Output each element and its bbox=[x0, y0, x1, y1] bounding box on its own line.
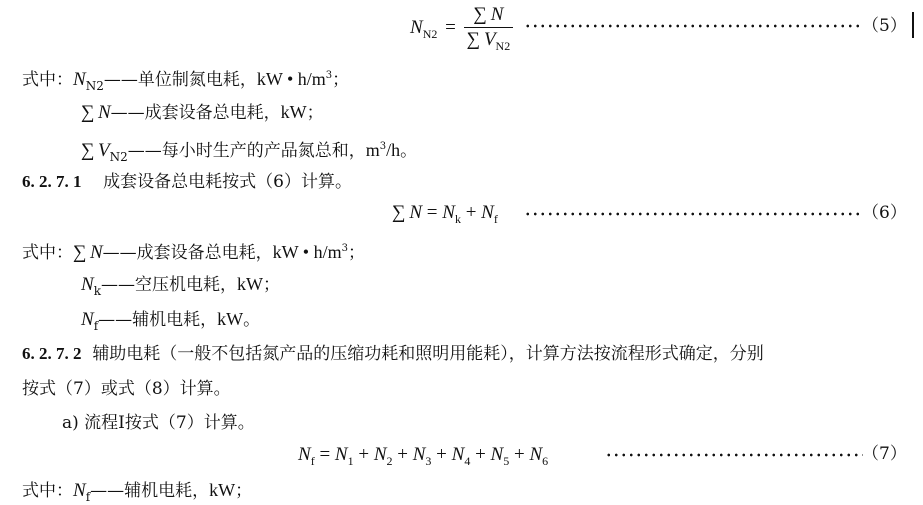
sigma-symbol: ∑ bbox=[73, 242, 87, 263]
plus-sign: + bbox=[358, 444, 369, 465]
plus-sign: + bbox=[475, 444, 486, 465]
where-desc: 单位制氮电耗， bbox=[138, 70, 257, 90]
where-desc: 成套设备总电耗， bbox=[137, 243, 273, 263]
eq7-leader-dots bbox=[605, 453, 863, 457]
eq7-equals: = bbox=[319, 444, 330, 465]
where-1-item-1: 式中：NN2——单位制氮电耗，kW • h/m3； bbox=[22, 65, 349, 97]
where-var: N bbox=[81, 309, 94, 330]
plus-sign: + bbox=[466, 202, 477, 223]
eq6-leader-dots bbox=[524, 212, 864, 216]
where-unit: kW bbox=[217, 309, 243, 329]
list-item-a: a) 流程Ⅰ按式（7）计算。 bbox=[62, 413, 255, 433]
plus-sign: + bbox=[397, 444, 408, 465]
where-2-item-1: 式中：∑ N——成套设备总电耗，kW • h/m3； bbox=[22, 238, 365, 264]
eq6-lhs: N bbox=[409, 202, 422, 223]
where-unit: kW bbox=[281, 102, 307, 122]
equation-5: NN2 = ∑ N ∑ VN2 bbox=[410, 4, 513, 54]
eq5-numerator: ∑ N bbox=[464, 4, 514, 28]
text-cursor bbox=[912, 12, 914, 38]
eq7-term: N bbox=[413, 444, 426, 465]
eq7-term-sub: 2 bbox=[387, 454, 393, 468]
eq6-term2: N bbox=[481, 202, 494, 223]
section-text: 成套设备总电耗按式（6）计算。 bbox=[103, 172, 352, 192]
eq5-lhs-sub: N2 bbox=[423, 27, 438, 41]
where-var: V bbox=[98, 140, 110, 161]
sigma-symbol: ∑ bbox=[81, 102, 95, 123]
where-desc: 每小时生产的产品氮总和， bbox=[162, 141, 366, 161]
where-var: N bbox=[90, 242, 103, 263]
eq7-lhs: N bbox=[298, 444, 311, 465]
em-dash: —— bbox=[104, 70, 138, 90]
eq6-term1: N bbox=[442, 202, 455, 223]
eq5-number: （5） bbox=[862, 15, 907, 37]
where-2-item-3: Nf——辅机电耗，kW。 bbox=[81, 308, 260, 337]
where-end-punct: 。 bbox=[400, 141, 417, 161]
em-dash: —— bbox=[103, 243, 137, 263]
eq7-term: N bbox=[529, 444, 542, 465]
where-unit: kW • h/m bbox=[273, 242, 342, 262]
eq6-number: （6） bbox=[862, 202, 907, 224]
equation-7: Nf = N1 + N2 + N3 + N4 + N5 + N6 bbox=[298, 444, 548, 472]
sigma-symbol: ∑ bbox=[81, 140, 95, 161]
eq5-den-var: V bbox=[484, 29, 496, 50]
where-1-item-3: ∑ VN2——每小时生产的产品氮总和，m3/h。 bbox=[81, 136, 417, 168]
where-var-sub: k bbox=[94, 284, 101, 298]
eq5-fraction: ∑ N ∑ VN2 bbox=[464, 4, 514, 57]
where-var: N bbox=[81, 274, 94, 295]
where-end-punct: ； bbox=[263, 275, 280, 295]
eq7-number: （7） bbox=[862, 443, 907, 465]
where-end-punct: ； bbox=[348, 243, 365, 263]
section-6272-item-a: a) 流程Ⅰ按式（7）计算。 bbox=[62, 412, 255, 434]
section-number: 6. 2. 7. 1 bbox=[22, 172, 82, 191]
where-end-punct: ； bbox=[235, 481, 252, 501]
sigma-symbol: ∑ bbox=[467, 29, 481, 50]
section-6271: 6. 2. 7. 1 成套设备总电耗按式（6）计算。 bbox=[22, 171, 352, 193]
eq5-lhs: N bbox=[410, 17, 423, 38]
sigma-symbol: ∑ bbox=[392, 202, 406, 223]
where-var-sub: N2 bbox=[110, 150, 128, 164]
eq5-leader-dots bbox=[524, 24, 864, 28]
plus-sign: + bbox=[514, 444, 525, 465]
eq7-term-sub: 1 bbox=[348, 454, 354, 468]
where-prefix: 式中： bbox=[22, 70, 73, 90]
eq7-term-sub: 3 bbox=[425, 454, 431, 468]
where-desc: 辅机电耗， bbox=[124, 481, 209, 501]
eq7-term-sub: 6 bbox=[542, 454, 548, 468]
section-text: 辅助电耗（一般不包括氮产品的压缩功耗和照明用能耗），计算方法按流程形式确定，分别 bbox=[92, 344, 764, 364]
em-dash: —— bbox=[111, 103, 145, 123]
where-end-punct: 。 bbox=[243, 310, 260, 330]
em-dash: —— bbox=[128, 141, 162, 161]
eq5-den-sub: N2 bbox=[496, 39, 511, 53]
where-unit: m bbox=[366, 140, 380, 160]
equation-6: ∑ N = Nk + Nf bbox=[392, 202, 498, 230]
where-end-punct: ； bbox=[332, 70, 349, 90]
eq7-term-sub: 5 bbox=[503, 454, 509, 468]
em-dash: —— bbox=[101, 275, 135, 295]
where-unit-tail: /h bbox=[386, 140, 400, 160]
section-6272-line1: 6. 2. 7. 2 辅助电耗（一般不包括氮产品的压缩功耗和照明用能耗），计算方… bbox=[22, 343, 764, 365]
where-1-item-2: ∑ N——成套设备总电耗，kW； bbox=[81, 101, 324, 124]
em-dash: —— bbox=[90, 481, 124, 501]
eq7-term: N bbox=[335, 444, 348, 465]
eq7-term: N bbox=[491, 444, 504, 465]
where-desc: 辅机电耗， bbox=[132, 310, 217, 330]
where-desc: 成套设备总电耗， bbox=[145, 103, 281, 123]
where-prefix: 式中： bbox=[22, 243, 73, 263]
section-text: 按式（7）或式（8）计算。 bbox=[22, 379, 231, 399]
where-unit: kW bbox=[237, 274, 263, 294]
section-number: 6. 2. 7. 2 bbox=[22, 344, 82, 363]
section-6272-line2: 按式（7）或式（8）计算。 bbox=[22, 378, 231, 400]
where-var-sub: N2 bbox=[86, 79, 104, 93]
sigma-symbol: ∑ bbox=[473, 4, 487, 25]
eq7-term: N bbox=[452, 444, 465, 465]
eq7-term-sub: 4 bbox=[464, 454, 470, 468]
where-end-punct: ； bbox=[307, 103, 324, 123]
eq5-equals: = bbox=[445, 17, 456, 38]
eq6-equals: = bbox=[427, 202, 438, 223]
eq7-lhs-sub: f bbox=[311, 454, 315, 468]
em-dash: —— bbox=[98, 310, 132, 330]
eq6-term1-sub: k bbox=[455, 212, 461, 226]
where-prefix: 式中： bbox=[22, 481, 73, 501]
where-var: N bbox=[73, 480, 86, 501]
where-var: N bbox=[98, 102, 111, 123]
where-2-item-2: Nk——空压机电耗，kW； bbox=[81, 273, 280, 302]
where-3-item-1: 式中：Nf——辅机电耗，kW； bbox=[22, 479, 252, 505]
eq6-term2-sub: f bbox=[494, 212, 498, 226]
where-unit: kW • h/m bbox=[257, 69, 326, 89]
where-desc: 空压机电耗， bbox=[135, 275, 237, 295]
where-unit: kW bbox=[209, 480, 235, 500]
plus-sign: + bbox=[436, 444, 447, 465]
eq5-num-var: N bbox=[491, 4, 504, 25]
eq5-denominator: ∑ VN2 bbox=[464, 28, 514, 57]
eq7-term: N bbox=[374, 444, 387, 465]
where-var: N bbox=[73, 69, 86, 90]
